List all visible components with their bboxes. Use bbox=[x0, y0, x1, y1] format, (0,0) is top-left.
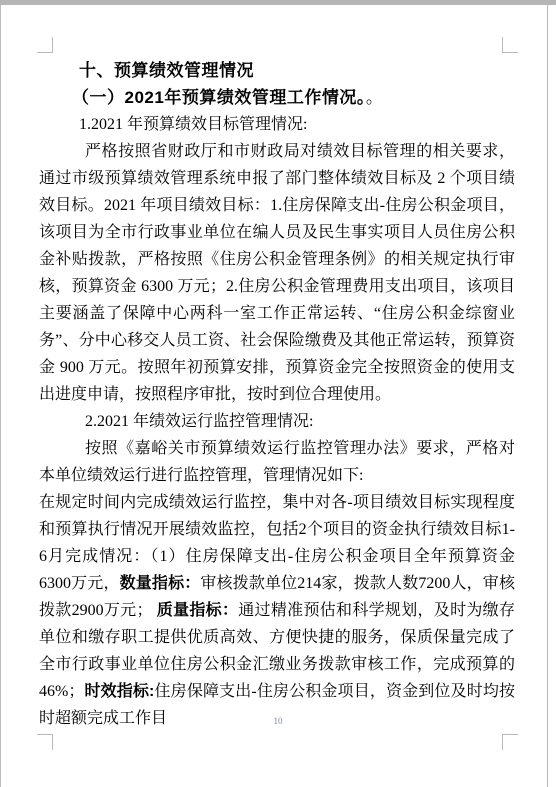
heading-subsection-1: （一）2021年预算绩效管理工作情况。。 bbox=[39, 84, 515, 111]
crop-mark-bottom-right-icon bbox=[502, 734, 518, 750]
heading-section-10: 十、预算绩效管理情况 bbox=[39, 57, 515, 84]
subheading-performance-monitoring: 2.2021 年绩效运行监控管理情况: bbox=[39, 408, 515, 435]
label-quality-indicator: 质量指标： bbox=[157, 602, 238, 619]
label-quantity-indicator: 数量指标： bbox=[120, 575, 201, 592]
page-right-edge bbox=[547, 5, 548, 787]
paragraph-monitoring-detail: 在规定时间内完成绩效运行监控，集中对各-项目绩效目标实现程度和预算执行情况开展绩… bbox=[39, 489, 515, 732]
paragraph-monitoring-intro: 按照《嘉峪关市预算绩效运行监控管理办法》要求，严格对本单位绩效运行进行监控管理，… bbox=[39, 435, 515, 489]
label-timeliness-indicator: 时效指标: bbox=[84, 683, 154, 700]
document-page: 十、预算绩效管理情况 （一）2021年预算绩效管理工作情况。。 1.2021 年… bbox=[0, 0, 556, 787]
page-left-edge bbox=[0, 5, 1, 787]
page-content: 十、预算绩效管理情况 （一）2021年预算绩效管理工作情况。。 1.2021 年… bbox=[39, 57, 515, 732]
paragraph-budget-targets: 严格按照省财政厅和市财政局对绩效目标管理的相关要求，通过市级预算绩效管理系统申报… bbox=[39, 138, 515, 408]
crop-mark-bottom-left-icon bbox=[37, 734, 53, 750]
crop-mark-top-right-icon bbox=[502, 37, 518, 53]
crop-mark-top-left-icon bbox=[37, 37, 53, 53]
heading-subsection-1-trailing-period: 。 bbox=[366, 88, 384, 107]
page-top-edge bbox=[0, 0, 556, 5]
page-number: 10 bbox=[0, 715, 556, 727]
subheading-budget-target-management: 1.2021 年预算绩效目标管理情况: bbox=[39, 111, 515, 138]
heading-subsection-1-text: （一）2021年预算绩效管理工作情况。 bbox=[72, 88, 366, 107]
